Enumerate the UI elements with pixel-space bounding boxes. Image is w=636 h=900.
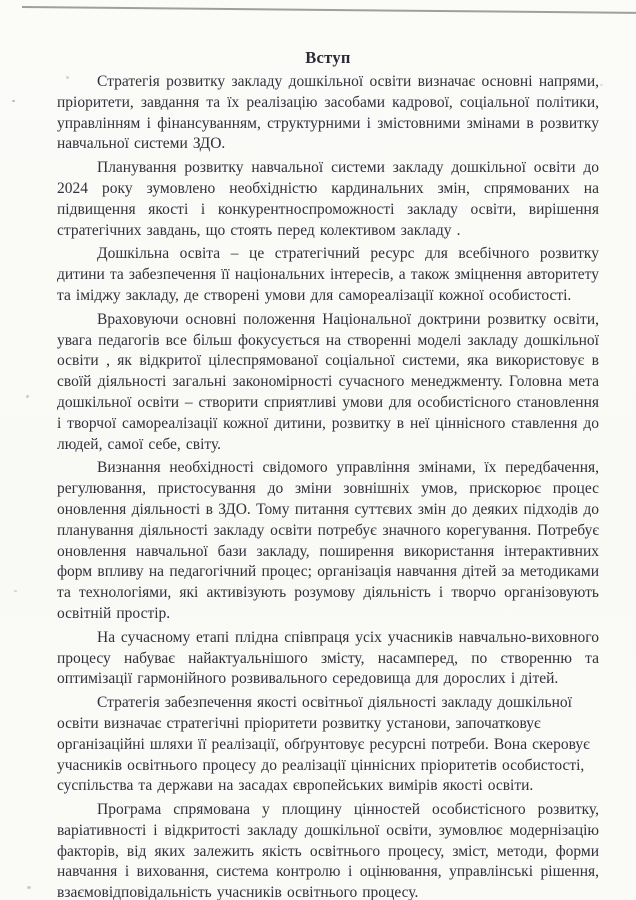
paragraph-quality-strategy: Стратегія забезпечення якості освітньої …: [57, 693, 599, 797]
scanned-document-page: Вступ Стратегія розвитку закладу дошкіль…: [0, 0, 636, 900]
scan-speck: [26, 395, 29, 398]
paragraph-change-management: Визнання необхідності свідомого управлін…: [57, 458, 599, 624]
scan-speck: [14, 590, 17, 592]
scan-speck: [12, 100, 15, 102]
scan-edge-artifact: [22, 6, 636, 14]
paragraph-cooperation: На сучасному етапі плідна співпраця усіх…: [57, 628, 599, 690]
paragraph-preschool-resource: Дошкільна освіта – це стратегічний ресур…: [57, 244, 599, 306]
paragraph-strategy-directions: Стратегія розвитку закладу дошкільної ос…: [57, 72, 599, 155]
document-text-block: Вступ Стратегія розвитку закладу дошкіль…: [57, 48, 599, 900]
paragraph-planning-2024: Планування розвитку навчальної системи з…: [57, 158, 599, 241]
page-title: Вступ: [57, 48, 599, 68]
paragraph-national-doctrine: Враховуючи основні положення Національно…: [57, 310, 599, 456]
scan-speck: [600, 84, 603, 86]
paragraph-program-values: Програма спрямована у площину цінностей …: [57, 800, 599, 900]
scan-speck: [27, 886, 31, 889]
